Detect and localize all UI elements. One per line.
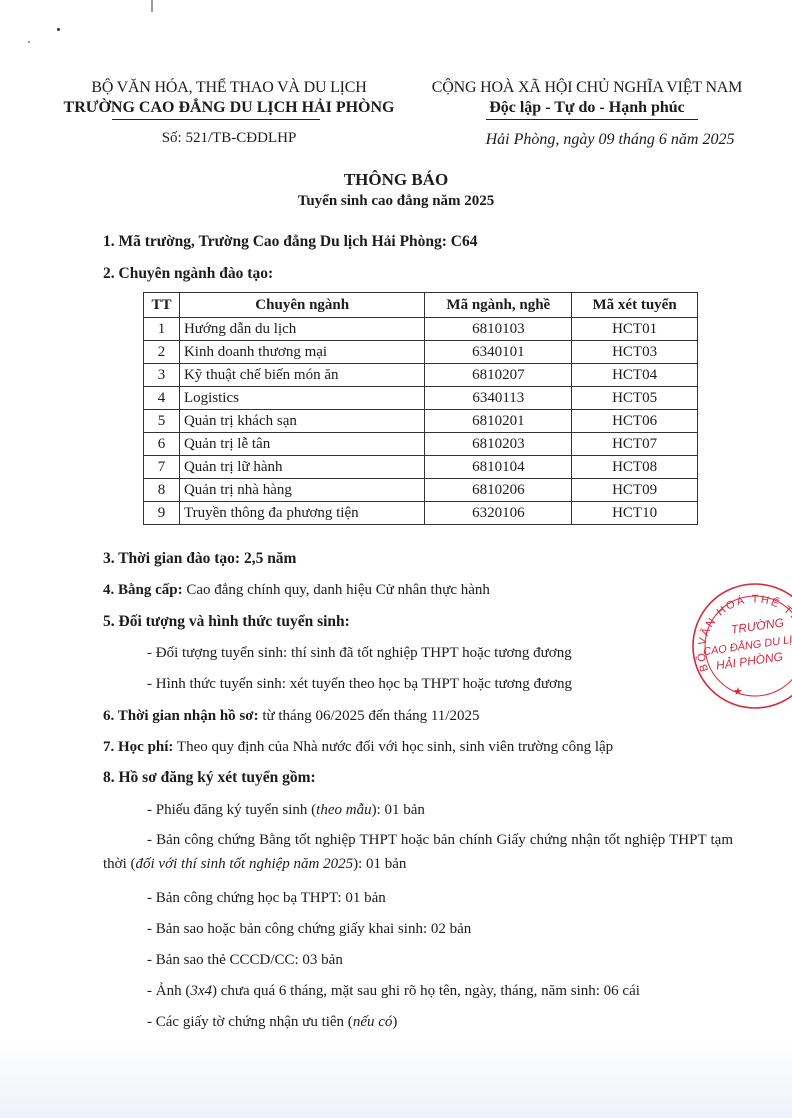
item-italic: 3x4 — [190, 983, 212, 999]
cell-major-code: 6340113 — [425, 387, 572, 410]
cell-admission-code: HCT09 — [572, 479, 698, 502]
section-3-duration: 3. Thời gian đào tạo: 2,5 năm — [103, 549, 296, 569]
cell-major: Kinh doanh thương mại — [179, 341, 424, 364]
section-8-item: - Bản sao hoặc bản công chứng giấy khai … — [147, 919, 471, 939]
cell-major-code: 6320106 — [425, 502, 572, 525]
section-7-text: Theo quy định của Nhà nước đối với học s… — [173, 739, 613, 755]
item-text: - Ảnh ( — [147, 983, 190, 999]
table-row: 2Kinh doanh thương mại6340101HCT03 — [144, 341, 698, 364]
table-row: 5Quản trị khách sạn6810201HCT06 — [144, 410, 698, 433]
section-8-item: - Bản công chứng học bạ THPT: 01 bản — [147, 888, 386, 908]
section-5-item: - Đối tượng tuyển sinh: thí sinh đã tốt … — [147, 643, 572, 663]
table-row: 6Quản trị lễ tân6810203HCT07 — [144, 433, 698, 456]
cell-admission-code: HCT08 — [572, 456, 698, 479]
document-title: THÔNG BÁO — [0, 170, 792, 190]
section-8-heading: 8. Hồ sơ đăng ký xét tuyển gồm: — [103, 768, 316, 788]
section-7-tuition: 7. Học phí: Theo quy định của Nhà nước đ… — [103, 737, 613, 757]
republic-name: CỘNG HOÀ XÃ HỘI CHỦ NGHĨA VIỆT NAM — [412, 78, 762, 98]
item-italic: đối với thí sinh tốt nghiệp năm 2025 — [136, 856, 354, 872]
document-page: BỘ VĂN HÓA, THỂ THAO VÀ DU LỊCH TRƯỜNG C… — [0, 0, 792, 1118]
place-date: Hải Phòng, ngày 09 tháng 6 năm 2025 — [440, 131, 780, 149]
section-8-item: - Ảnh (3x4) chưa quá 6 tháng, mặt sau gh… — [147, 981, 640, 1001]
majors-table: TT Chuyên ngành Mã ngành, nghề Mã xét tu… — [143, 292, 698, 525]
cell-tt: 2 — [144, 341, 180, 364]
table-row: 9Truyền thông đa phương tiện6320106HCT10 — [144, 502, 698, 525]
cell-major: Quản trị lễ tân — [179, 433, 424, 456]
motto-underline — [486, 119, 698, 120]
item-text: - Các giấy tờ chứng nhận ưu tiên ( — [147, 1014, 353, 1030]
cell-major-code: 6810206 — [425, 479, 572, 502]
section-1-school-code: 1. Mã trường, Trường Cao đẳng Du lịch Hả… — [103, 232, 478, 252]
cell-major: Kỹ thuật chế biến món ăn — [179, 364, 424, 387]
cell-admission-code: HCT07 — [572, 433, 698, 456]
scan-speck — [57, 28, 60, 31]
document-subtitle: Tuyển sinh cao đẳng năm 2025 — [0, 193, 792, 210]
cell-major-code: 6810103 — [425, 318, 572, 341]
section-4-label: 4. Bằng cấp: — [103, 582, 183, 598]
table-header-row: TT Chuyên ngành Mã ngành, nghề Mã xét tu… — [144, 293, 698, 318]
svg-text:TRƯỜNG: TRƯỜNG — [730, 614, 785, 636]
section-5-item: - Hình thức tuyển sinh: xét tuyển theo h… — [147, 674, 572, 694]
header-major-code: Mã ngành, nghề — [425, 293, 572, 318]
section-4-text: Cao đẳng chính quy, danh hiệu Cử nhân th… — [183, 582, 490, 598]
item-text: - Phiếu đăng ký tuyển sinh ( — [147, 802, 316, 818]
table-row: 3Kỹ thuật chế biến món ăn6810207HCT04 — [144, 364, 698, 387]
table-row: 7Quản trị lữ hành6810104HCT08 — [144, 456, 698, 479]
section-6-label: 6. Thời gian nhận hồ sơ: — [103, 708, 259, 724]
scan-speck — [28, 41, 30, 43]
cell-major: Quản trị khách sạn — [179, 410, 424, 433]
cell-tt: 3 — [144, 364, 180, 387]
school-name: TRƯỜNG CAO ĐẲNG DU LỊCH HẢI PHÒNG — [60, 98, 398, 118]
scan-mark — [151, 0, 153, 12]
section-8-item: - Phiếu đăng ký tuyển sinh (theo mẫu): 0… — [147, 800, 425, 820]
document-number: Số: 521/TB-CĐDLHP — [60, 130, 398, 147]
section-4-degree: 4. Bằng cấp: Cao đẳng chính quy, danh hi… — [103, 580, 490, 600]
item-italic: theo mẫu — [316, 802, 371, 818]
cell-admission-code: HCT06 — [572, 410, 698, 433]
table-row: 1Hướng dẫn du lịch6810103HCT01 — [144, 318, 698, 341]
cell-admission-code: HCT10 — [572, 502, 698, 525]
header-tt: TT — [144, 293, 180, 318]
scan-shadow — [0, 1038, 792, 1118]
official-seal-icon: BỘ VĂN HOÁ THỂ THAO VÀ DU LỊCH TRƯỜNG CA… — [690, 578, 792, 714]
table-row: 8Quản trị nhà hàng6810206HCT09 — [144, 479, 698, 502]
cell-major-code: 6810201 — [425, 410, 572, 433]
header-major: Chuyên ngành — [179, 293, 424, 318]
section-7-label: 7. Học phí: — [103, 739, 173, 755]
cell-tt: 1 — [144, 318, 180, 341]
cell-tt: 7 — [144, 456, 180, 479]
section-8-item: - Các giấy tờ chứng nhận ưu tiên (nếu có… — [147, 1012, 397, 1032]
cell-major: Truyền thông đa phương tiện — [179, 502, 424, 525]
section-6-text: từ tháng 06/2025 đến tháng 11/2025 — [259, 708, 480, 724]
cell-major-code: 6810207 — [425, 364, 572, 387]
cell-tt: 4 — [144, 387, 180, 410]
cell-tt: 6 — [144, 433, 180, 456]
national-header: CỘNG HOÀ XÃ HỘI CHỦ NGHĨA VIỆT NAM Độc l… — [412, 78, 762, 120]
cell-major: Hướng dẫn du lịch — [179, 318, 424, 341]
cell-tt: 8 — [144, 479, 180, 502]
national-motto: Độc lập - Tự do - Hạnh phúc — [412, 98, 762, 118]
section-6-application-period: 6. Thời gian nhận hồ sơ: từ tháng 06/202… — [103, 706, 479, 726]
cell-admission-code: HCT03 — [572, 341, 698, 364]
cell-tt: 9 — [144, 502, 180, 525]
cell-major: Quản trị nhà hàng — [179, 479, 424, 502]
item-text: ): 01 bản — [353, 856, 406, 872]
table-row: 4Logistics6340113HCT05 — [144, 387, 698, 410]
item-italic: nếu có — [353, 1014, 393, 1030]
issuer-block: BỘ VĂN HÓA, THỂ THAO VÀ DU LỊCH TRƯỜNG C… — [60, 78, 398, 120]
cell-major-code: 6340101 — [425, 341, 572, 364]
cell-admission-code: HCT05 — [572, 387, 698, 410]
section-2-heading: 2. Chuyên ngành đào tạo: — [103, 264, 273, 284]
item-text: ) — [392, 1014, 397, 1030]
item-text: ) chưa quá 6 tháng, mặt sau ghi rõ họ tê… — [212, 983, 640, 999]
cell-major-code: 6810203 — [425, 433, 572, 456]
section-5-heading: 5. Đối tượng và hình thức tuyển sinh: — [103, 612, 350, 632]
ministry-name: BỘ VĂN HÓA, THỂ THAO VÀ DU LỊCH — [60, 78, 398, 98]
cell-major-code: 6810104 — [425, 456, 572, 479]
cell-admission-code: HCT01 — [572, 318, 698, 341]
svg-text:★: ★ — [733, 686, 743, 698]
item-text: ): 01 bản — [372, 802, 425, 818]
issuer-underline — [112, 119, 320, 120]
cell-major: Logistics — [179, 387, 424, 410]
cell-admission-code: HCT04 — [572, 364, 698, 387]
section-8-item: - Bản sao thẻ CCCD/CC: 03 bản — [147, 950, 343, 970]
section-8-item: - Bản công chứng Bằng tốt nghiệp THPT ho… — [103, 828, 733, 876]
header-admission-code: Mã xét tuyển — [572, 293, 698, 318]
cell-major: Quản trị lữ hành — [179, 456, 424, 479]
cell-tt: 5 — [144, 410, 180, 433]
